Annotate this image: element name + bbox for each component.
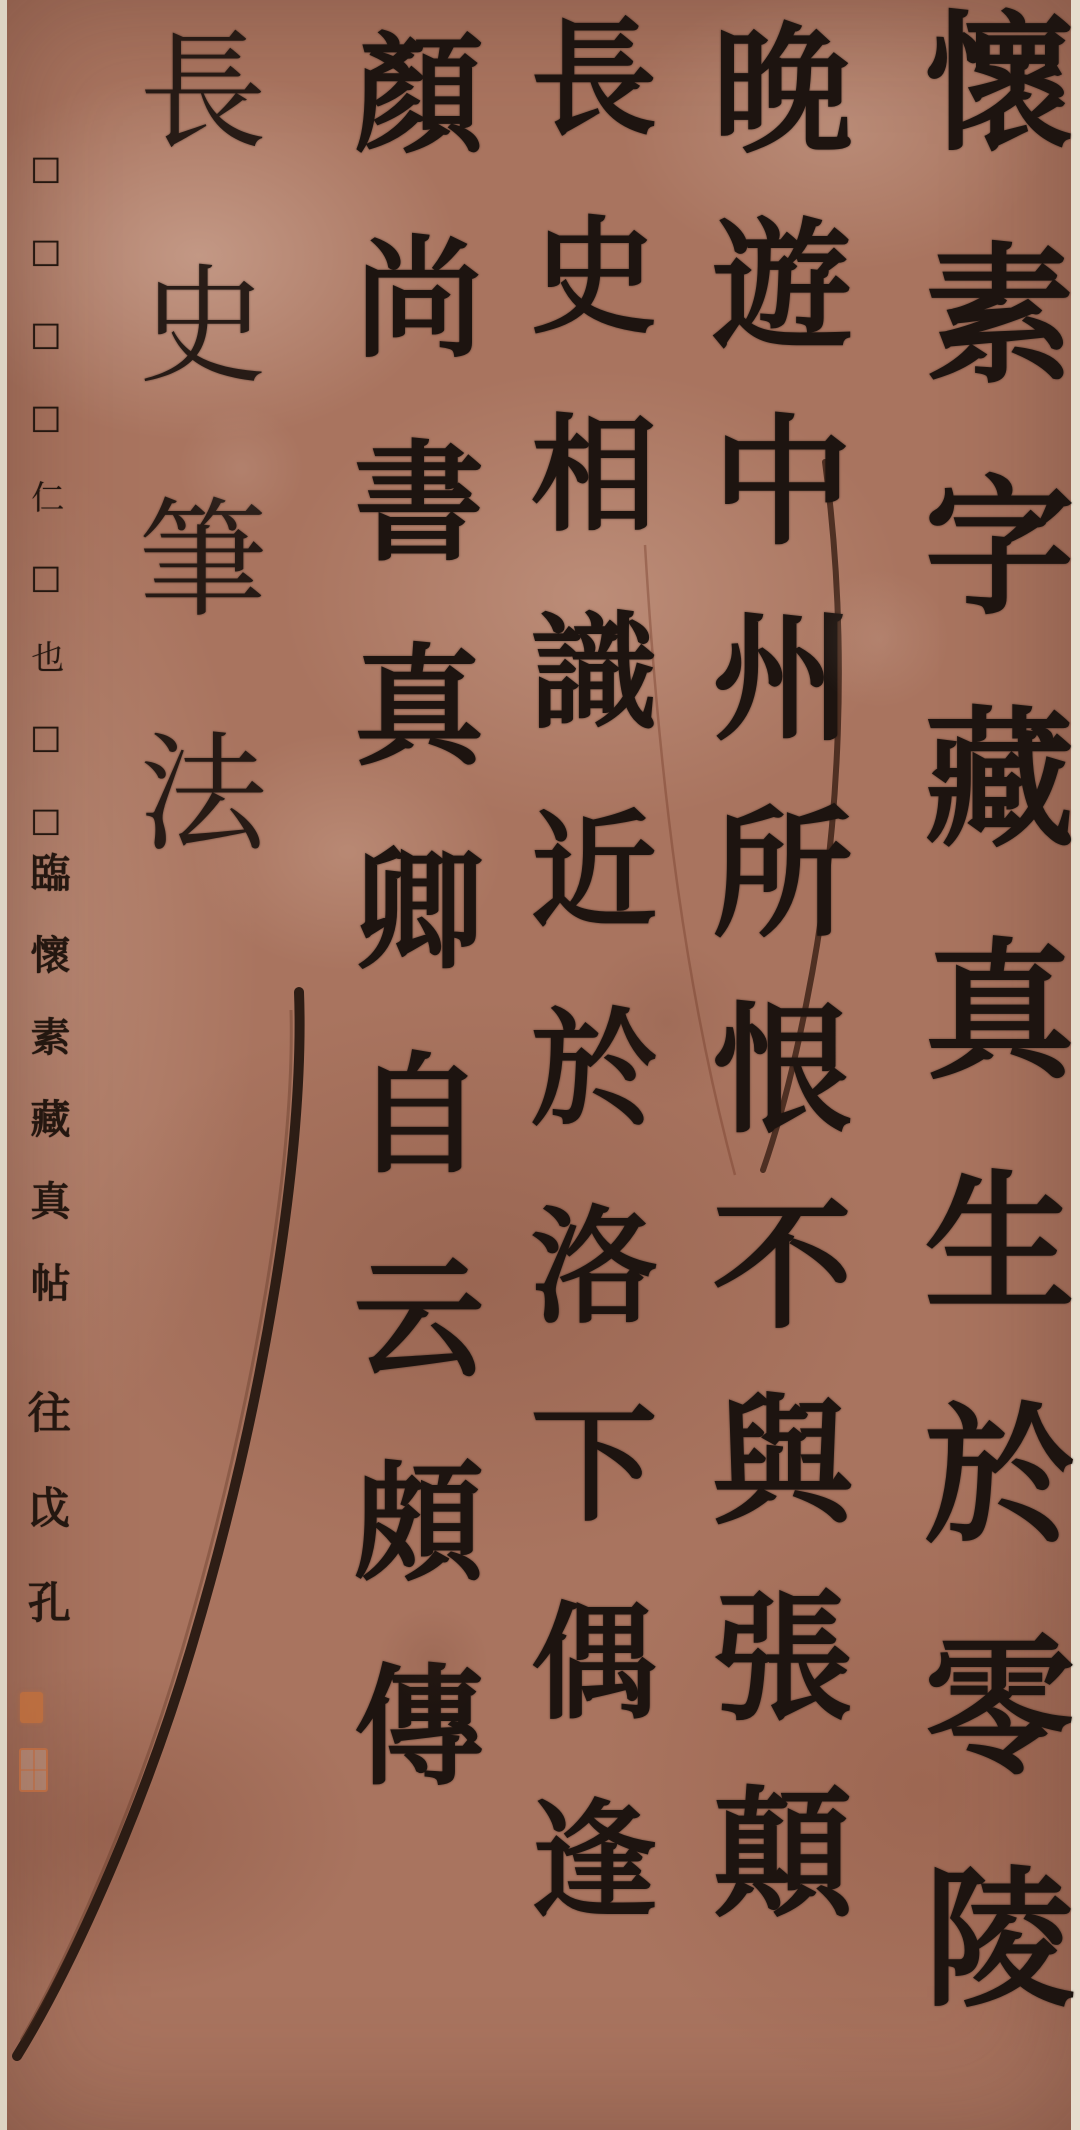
xuan-paper: 懷素字藏真生於零陵 晚遊中州所恨不與張顛 長史相識近於洛下偶逢 顏尚書真卿自云頗…	[7, 0, 1071, 2130]
calligraphy-column-4: 顏尚書真卿自云頗傳	[327, 26, 490, 1862]
calligraphy-column-5: 長史筆法	[111, 24, 271, 960]
artist-seal-upper	[20, 1692, 43, 1723]
artist-seal-lower	[19, 1748, 48, 1792]
inscription-title: 臨懷素藏真帖	[22, 852, 72, 1344]
calligraphy-column-2: 晚遊中州所恨不與張顛	[683, 16, 858, 1976]
artist-signature: 往戉孔	[18, 1390, 72, 1675]
calligraphy-column-3: 長史相識近於洛下偶逢	[505, 12, 663, 1992]
calligraphy-column-1: 懷素字藏真生於零陵	[891, 4, 1079, 2092]
inscription-dedication: □□□□仁□也□□	[25, 148, 66, 883]
calligraphy-scroll-photo: 懷素字藏真生於零陵 晚遊中州所恨不與張顛 長史相識近於洛下偶逢 顏尚書真卿自云頗…	[0, 0, 1080, 2130]
